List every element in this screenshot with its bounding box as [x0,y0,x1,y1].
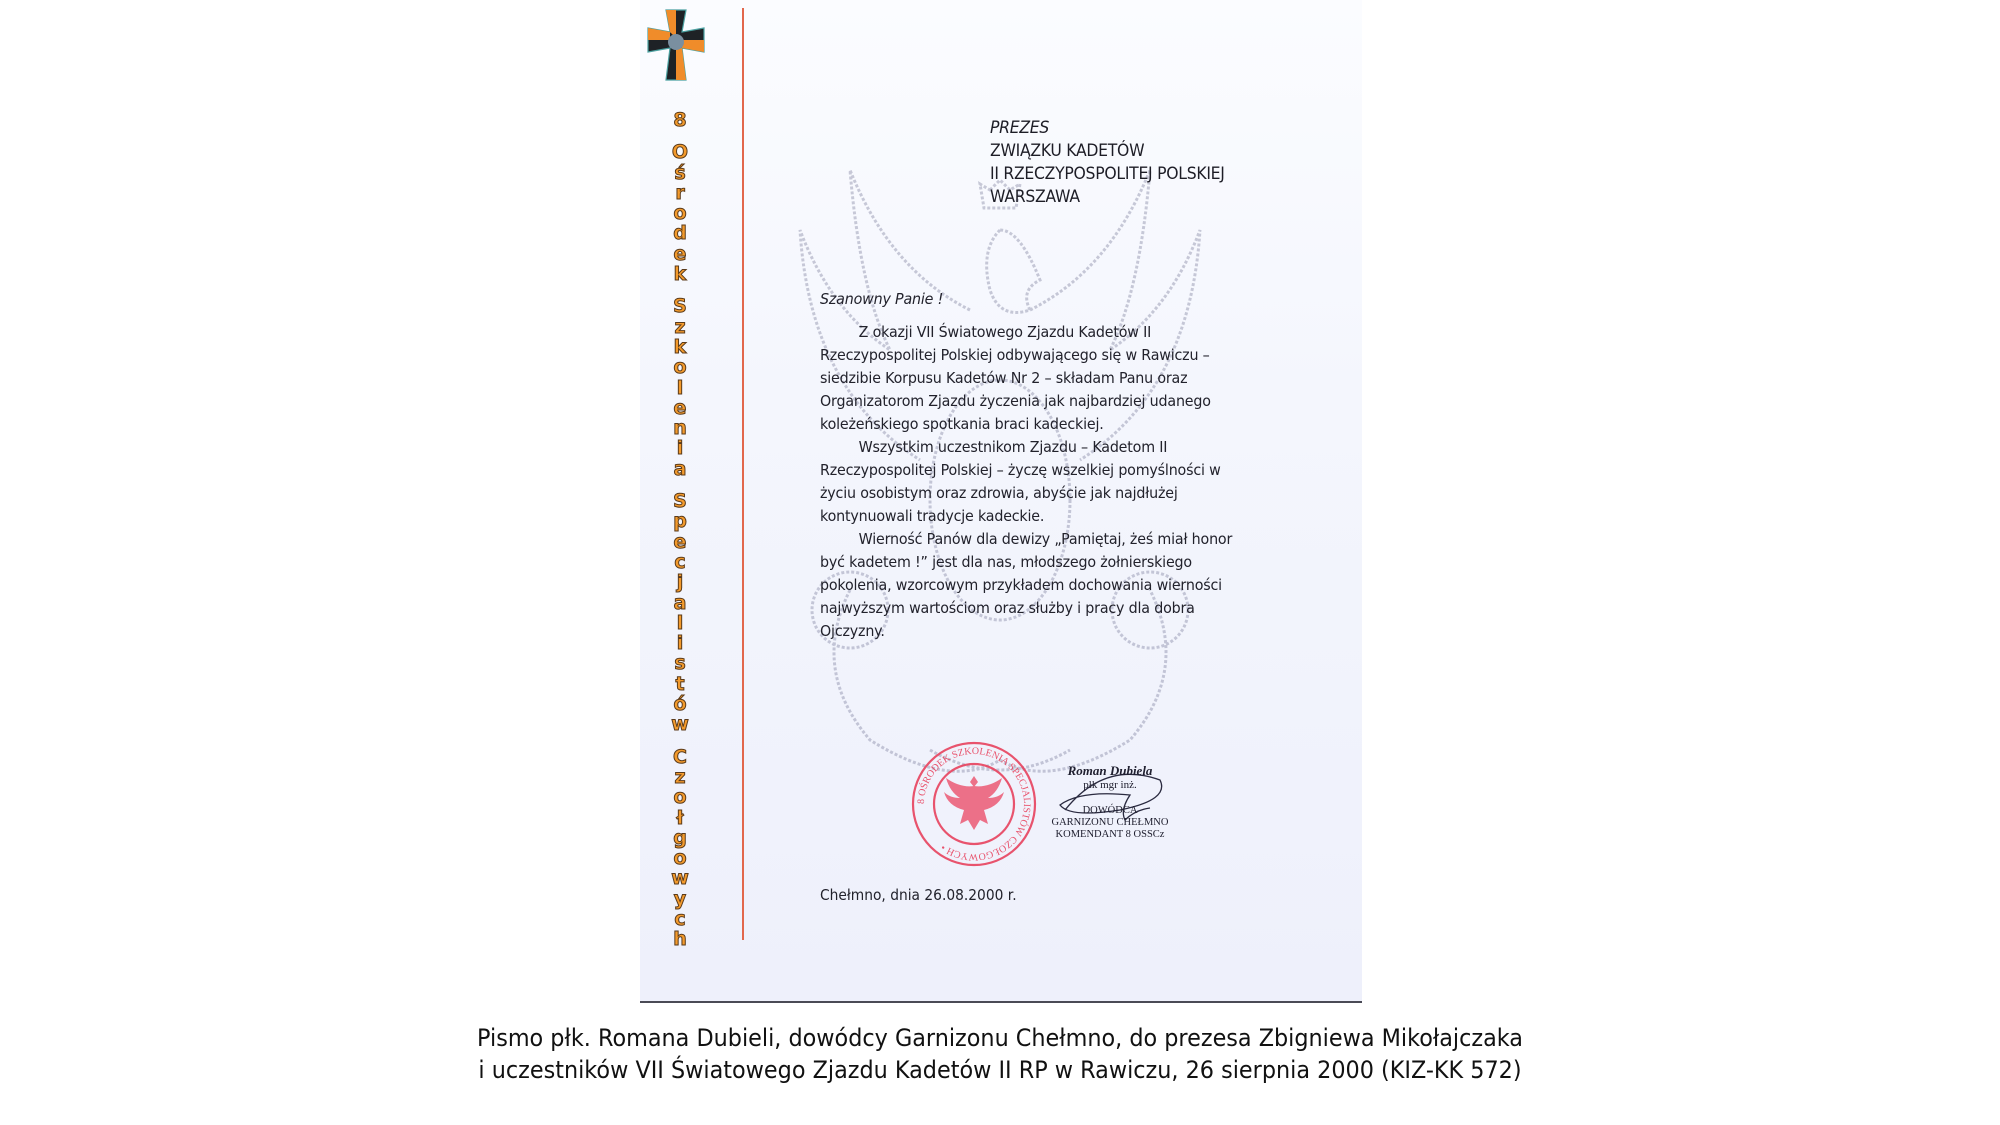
signatory-role: DOWÓDCA [1040,805,1180,817]
addressee-block: PREZES ZWIĄZKU KADETÓW II RZECZYPOSPOLIT… [990,117,1225,209]
caption-line: Pismo płk. Romana Dubieli, dowódcy Garni… [70,1022,1930,1054]
vertical-rule [742,8,744,940]
addressee-line: II RZECZYPOSPOLITEJ POLSKIEJ [990,163,1225,186]
signatory-name: Roman Dubiela [1040,763,1180,779]
figure-caption: Pismo płk. Romana Dubieli, dowódcy Garni… [70,1022,1930,1086]
paragraph: Wierność Panów dla dewizy „Pamiętaj, żeś… [820,528,1252,643]
signature-block: Roman Dubiela płk mgr inż. DOWÓDCA GARNI… [1040,763,1180,841]
cross-emblem-icon [644,8,708,82]
sidebar-word: Specjalistów [671,491,689,735]
paragraph: Z okazji VII Światowego Zjazdu Kadetów I… [820,321,1252,436]
addressee-line: ZWIĄZKU KADETÓW [990,140,1225,163]
sidebar-word: Szkolenia [673,296,687,479]
signatory-role: GARNIZONU CHEŁMNO [1040,817,1180,829]
sidebar-vertical-title: 8OśrodekSzkoleniaSpecjalistówCzołgowych [658,110,702,962]
official-stamp-icon: 8 OŚRODEK SZKOLENIA SPECJALISTÓW CZOŁGOW… [910,740,1038,868]
addressee-city: WARSZAWA [990,186,1225,209]
addressee-title: PREZES [990,117,1225,140]
paragraph: Wszystkim uczestnikom Zjazdu – Kadetom I… [820,436,1252,528]
sidebar-word: Czołgowych [671,747,689,950]
scanned-letter: 8OśrodekSzkoleniaSpecjalistówCzołgowych … [640,0,1362,1003]
sidebar-word: Ośrodek [672,142,688,284]
letter-body: Szanowny Panie ! Z okazji VII Światowego… [820,288,1252,643]
place-and-date: Chełmno, dnia 26.08.2000 r. [820,886,1017,904]
caption-line: i uczestników VII Światowego Zjazdu Kade… [70,1054,1930,1086]
sidebar-word: 8 [673,110,686,130]
signatory-rank: płk mgr inż. [1040,779,1180,791]
salutation: Szanowny Panie ! [820,288,1252,311]
signatory-role: KOMENDANT 8 OSSCz [1040,829,1180,841]
